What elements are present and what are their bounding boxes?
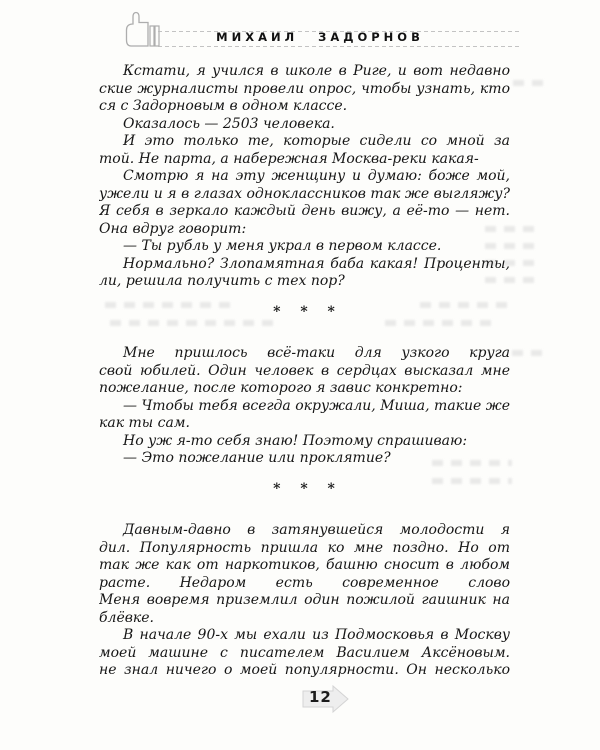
- paragraph: И это только те, которые сидели со мной …: [99, 133, 510, 168]
- paragraph: — Чтобы тебя всегда окружали, Миша, таки…: [99, 398, 510, 433]
- text-line: Я себя в зеркало каждый день вижу, а её-…: [99, 203, 510, 221]
- section-separator: * * *: [99, 304, 510, 322]
- text-line: Кстати, я учился в школе в Риге, и вот н…: [99, 63, 510, 81]
- text-line: — Ты рубль у меня украл в первом классе.: [99, 238, 510, 256]
- text-line: ли, решила получить с тех пор?: [99, 273, 510, 291]
- text-line: ужели и я в глазах одноклассников так же…: [99, 186, 510, 204]
- page-number: 12: [309, 688, 332, 706]
- header-rule-bottom: [158, 46, 520, 48]
- section-separator: * * *: [99, 481, 510, 499]
- paragraph: Давным-давно в затянувшейся молодости я …: [99, 522, 510, 627]
- text-line: Оказалось — 2503 человека.: [99, 116, 510, 134]
- text-line: Давным-давно в затянувшейся молодости я …: [99, 522, 510, 540]
- paragraph: Смотрю я на эту женщину и думаю: боже мо…: [99, 168, 510, 238]
- text-line: моей машине с писателем Василием Аксёнов…: [99, 645, 510, 663]
- text-line: не знал ничего о моей популярности. Он н…: [99, 662, 510, 680]
- text-line: дил. Популярность пришла ко мне поздно. …: [99, 540, 510, 558]
- text-line: И это только те, которые сидели со мной …: [99, 133, 510, 151]
- running-head-author: МИХАИЛ ЗАДОРНОВ: [60, 30, 580, 44]
- paragraph: — Ты рубль у меня украл в первом классе.: [99, 238, 510, 256]
- text-line: Меня вовремя приземлил один пожилой гаиш…: [99, 592, 510, 610]
- text-line: — Это пожелание или проклятие?: [99, 450, 510, 468]
- text-line: ские журналисты провели опрос, чтобы узн…: [99, 81, 510, 99]
- page-body: Кстати, я учился в школе в Риге, и вот н…: [99, 63, 510, 680]
- text-line: В начале 90-х мы ехали из Подмосковья в …: [99, 627, 510, 645]
- text-line: Нормально? Злопамятная баба какая! Проце…: [99, 256, 510, 274]
- text-line: свой юбилей. Один человек в сердцах выск…: [99, 363, 510, 381]
- text-line: блёвке.: [99, 610, 510, 628]
- paragraph: Но уж я-то себя знаю! Поэтому спрашиваю:: [99, 433, 510, 451]
- book-page: МИХАИЛ ЗАДОРНОВ Кстати, я учился в школе…: [0, 0, 600, 750]
- paragraph: Мне пришлось всё-таки для узкого круга о…: [99, 345, 510, 398]
- text-line: Но уж я-то себя знаю! Поэтому спрашиваю:: [99, 433, 510, 451]
- page-number-badge: 12: [302, 685, 350, 713]
- text-line: расте. Недаром есть современное слово «з…: [99, 575, 510, 593]
- text-line: пожелание, после которого я завис конкре…: [99, 380, 510, 398]
- text-line: — Чтобы тебя всегда окружали, Миша, таки…: [99, 398, 510, 416]
- text-line: той. Не парта, а набережная Москва-реки …: [99, 151, 510, 169]
- text-line: так же как от наркотиков, башню сносит в…: [99, 557, 510, 575]
- paragraph: — Это пожелание или проклятие?: [99, 450, 510, 468]
- paragraph: Кстати, я учился в школе в Риге, и вот н…: [99, 63, 510, 116]
- text-line: Она вдруг говорит:: [99, 221, 510, 239]
- paragraph: Нормально? Злопамятная баба какая! Проце…: [99, 256, 510, 291]
- text-line: ся с Задорновым в одном классе.: [99, 98, 510, 116]
- text-line: как ты сам.: [99, 415, 510, 433]
- paragraph: Оказалось — 2503 человека.: [99, 116, 510, 134]
- text-line: Смотрю я на эту женщину и думаю: боже мо…: [99, 168, 510, 186]
- paragraph: В начале 90-х мы ехали из Подмосковья в …: [99, 627, 510, 680]
- text-line: Мне пришлось всё-таки для узкого круга о…: [99, 345, 510, 363]
